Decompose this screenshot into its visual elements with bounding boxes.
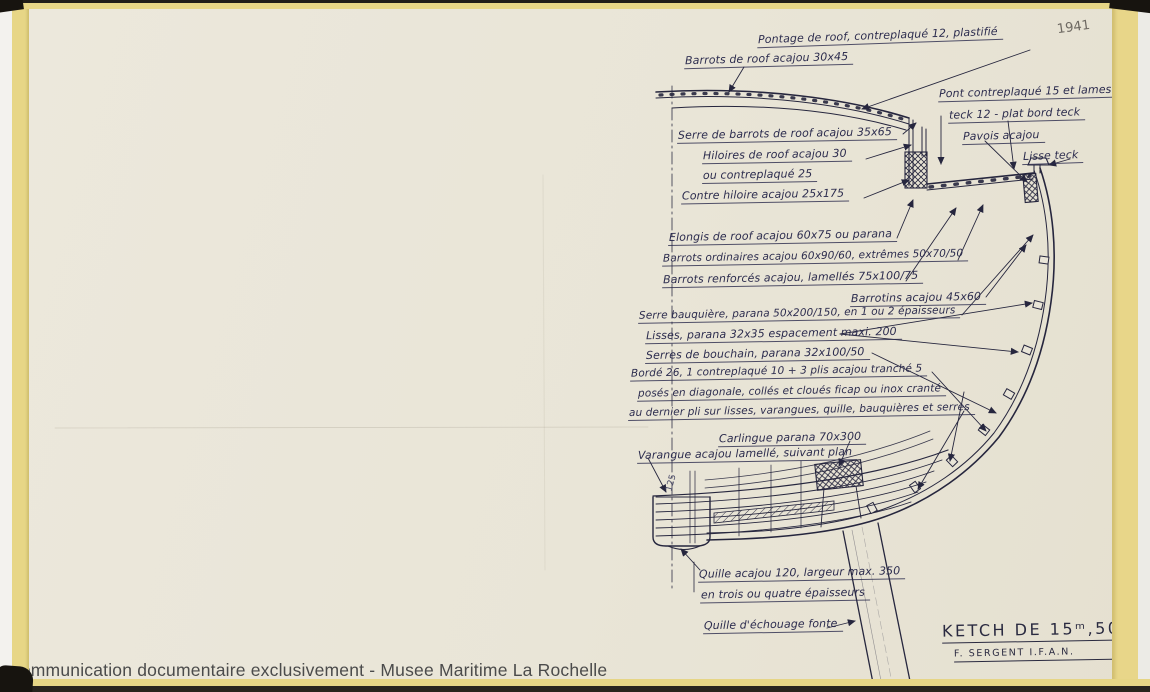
note-hiloires: Hiloires de roof acajou 30 xyxy=(702,147,852,165)
note-quille-echouage: Quille d'échouage fonte xyxy=(703,617,843,634)
ballast-fin xyxy=(843,523,911,688)
tape-top xyxy=(18,3,1140,9)
note-hiloires-2: ou contreplaqué 25 xyxy=(702,167,818,184)
tape-right xyxy=(1112,0,1138,692)
tape-left xyxy=(12,3,29,692)
plan-title: KETCH DE 15ᵐ,50 xyxy=(942,618,1127,643)
scanned-plan-page: Pontage de roof, contreplaqué 12, plasti… xyxy=(0,0,1150,692)
scan-edge-bottom xyxy=(0,686,1150,692)
note-contre-hiloire: Contre hiloire acajou 25x175 xyxy=(681,187,849,205)
paper-creases xyxy=(55,175,648,570)
title-block: KETCH DE 15ᵐ,50 F. SERGENT I.F.A.N. xyxy=(942,620,1127,661)
note-lisse-teck: Lisse teck xyxy=(1022,148,1084,165)
hull-section-drawing xyxy=(0,0,1150,692)
note-pavois: Pavois acajou xyxy=(962,128,1045,145)
plan-author: F. SERGENT I.F.A.N. xyxy=(954,645,1127,662)
scan-edge-left xyxy=(0,0,12,692)
note-quille-2: en trois ou quatre épaisseurs xyxy=(700,586,870,604)
watermark-text: Communication documentaire exclusivement… xyxy=(8,660,607,681)
scan-edge-right xyxy=(1138,0,1150,692)
